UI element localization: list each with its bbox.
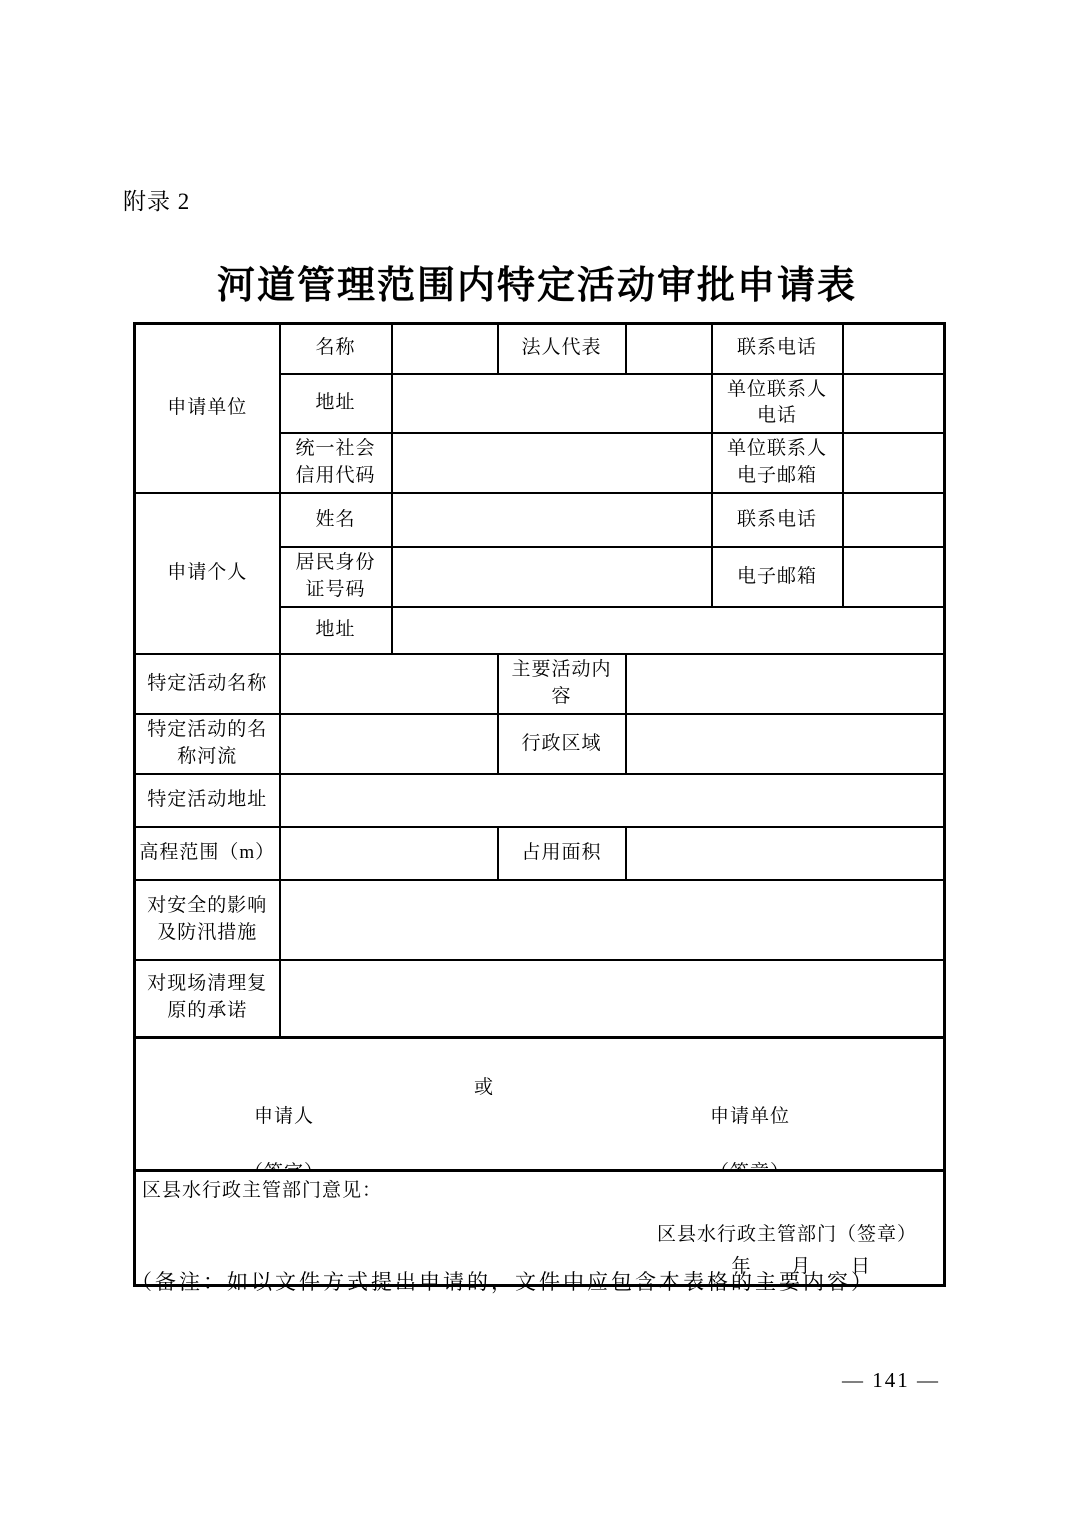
org-contact-email-label: 单位联系人 电子邮箱 [712, 433, 843, 493]
org-name-label: 名称 [280, 324, 392, 374]
org-contact-email-value-cell [843, 433, 945, 493]
activity-river-value-cell [280, 714, 498, 774]
signature-or-label: 或 [474, 1075, 494, 1102]
activity-safety-value-cell [280, 880, 945, 960]
activity-address-label: 特定活动地址 [135, 774, 280, 827]
activity-content-value-cell [626, 654, 945, 714]
org-phone-value-cell [843, 324, 945, 374]
org-legal-rep-value-cell [626, 324, 712, 374]
activity-area-value-cell [626, 827, 945, 880]
org-legal-rep-label: 法人代表 [498, 324, 626, 374]
page-title: 河道管理范围内特定活动审批申请表 [0, 254, 1074, 309]
applicant-signature-label: 申请人 [214, 1103, 354, 1131]
table-row: 对现场清理复 原的承诺 [135, 960, 945, 1037]
activity-area-label: 占用面积 [498, 827, 626, 880]
activity-river-label: 特定活动的名 称河流 [135, 714, 280, 774]
applicant-signature-block: 申请人 （签字） 年 月 日 [214, 1075, 354, 1171]
org-contact-phone-label: 单位联系人 电话 [712, 374, 843, 434]
activity-elevation-label: 高程范围（m） [135, 827, 280, 880]
person-email-value-cell [843, 547, 945, 607]
person-phone-value-cell [843, 493, 945, 547]
table-row: 申请个人 姓名 联系电话 [135, 493, 945, 547]
activity-region-value-cell [626, 714, 945, 774]
person-name-label: 姓名 [280, 493, 392, 547]
activity-region-label: 行政区域 [498, 714, 626, 774]
appendix-label: 附录 2 [123, 183, 190, 216]
person-phone-label: 联系电话 [712, 493, 843, 547]
activity-name-label: 特定活动名称 [135, 654, 280, 714]
table-row: 特定活动地址 [135, 774, 945, 827]
activity-safety-label: 对安全的影响 及防汛措施 [135, 880, 280, 960]
org-signature-label: 申请单位 [675, 1103, 825, 1131]
page-number: — 141 — [842, 1368, 940, 1393]
applicant-signature-sublabel: （签字） [214, 1159, 354, 1171]
org-signature-block: 申请单位 （签章） 年 月 日 [675, 1075, 825, 1171]
table-row: 对安全的影响 及防汛措施 [135, 880, 945, 960]
org-name-value-cell [392, 324, 498, 374]
activity-restore-value-cell [280, 960, 945, 1037]
org-signature-sublabel: （签章） [675, 1159, 825, 1171]
table-row: 申请单位 名称 法人代表 联系电话 [135, 324, 945, 374]
org-phone-label: 联系电话 [712, 324, 843, 374]
table-row: 申请人 （签字） 年 月 日 或 申请单位 （签章） 年 月 日 [135, 1037, 945, 1170]
activity-address-value-cell [280, 774, 945, 827]
org-address-value-cell [392, 374, 712, 434]
org-credit-code-label: 统一社会 信用代码 [280, 433, 392, 493]
person-group-label: 申请个人 [135, 493, 280, 654]
org-address-label: 地址 [280, 374, 392, 434]
signature-section-cell: 申请人 （签字） 年 月 日 或 申请单位 （签章） 年 月 日 [135, 1037, 945, 1170]
person-address-value-cell [392, 607, 945, 654]
table-row: 特定活动的名 称河流 行政区域 [135, 714, 945, 774]
person-email-label: 电子邮箱 [712, 547, 843, 607]
authority-opinion-label: 区县水行政主管部门意见： [142, 1178, 382, 1205]
document-page: 附录 2 河道管理范围内特定活动审批申请表 申请单位 名称 法人代表 联系电话 … [0, 0, 1074, 1520]
person-id-value-cell [392, 547, 712, 607]
application-form-table: 申请单位 名称 法人代表 联系电话 地址 单位联系人 电话 统一社会 信用代码 … [133, 322, 946, 1287]
person-address-label: 地址 [280, 607, 392, 654]
authority-sign-label: 区县水行政主管部门（签章） [657, 1222, 917, 1249]
footnote: （备注：如以文件方式提出申请的，文件中应包含本表格的主要内容） [131, 1266, 875, 1296]
activity-restore-label: 对现场清理复 原的承诺 [135, 960, 280, 1037]
person-name-value-cell [392, 493, 712, 547]
org-contact-phone-value-cell [843, 374, 945, 434]
table-row: 高程范围（m） 占用面积 [135, 827, 945, 880]
activity-content-label: 主要活动内 容 [498, 654, 626, 714]
activity-elevation-value-cell [280, 827, 498, 880]
person-id-label: 居民身份 证号码 [280, 547, 392, 607]
activity-name-value-cell [280, 654, 498, 714]
org-group-label: 申请单位 [135, 324, 280, 494]
org-credit-code-value-cell [392, 433, 712, 493]
table-row: 特定活动名称 主要活动内 容 [135, 654, 945, 714]
